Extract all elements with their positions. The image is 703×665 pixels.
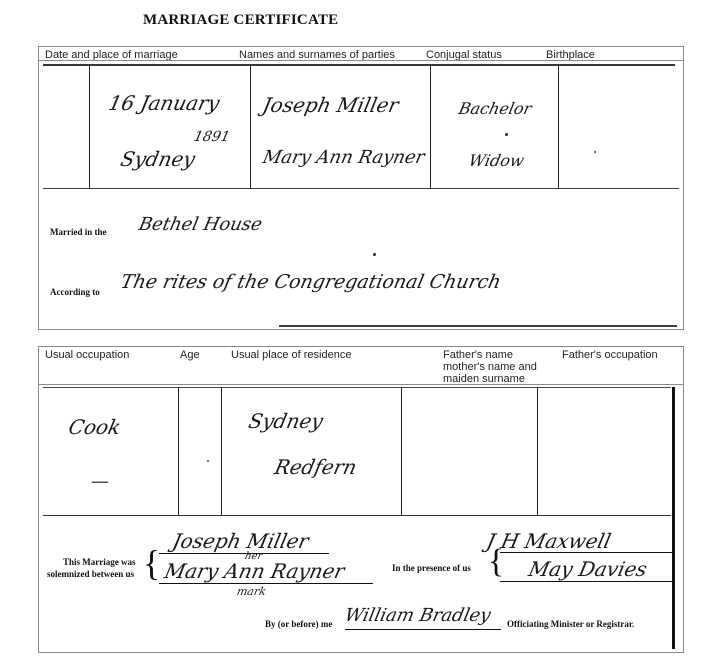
solemnized-brace: { [143,545,160,581]
marriage-place: Sydney [118,147,197,171]
parties-details-panel: Usual occupation Age Usual place of resi… [38,346,684,653]
witness-2-signature: May Davies [526,557,649,581]
header-usual-occupation: Usual occupation [45,349,129,361]
header-fathers-name-line2: mother's name and [443,361,537,373]
header-fathers-name: Father's name mother's name and maiden s… [443,349,537,385]
witness-2-line [500,581,672,582]
bride-name: Mary Ann Rayner [261,147,427,168]
by-before-label: By (or before) me [265,619,332,629]
marriage-date: 16 January [106,91,221,115]
groom-signature-line [159,553,329,554]
ink-speck [373,253,376,256]
ink-speck [594,151,596,153]
register-top-rule [43,387,671,388]
occupation-bride: — [89,471,111,492]
married-in-label: Married in the [50,227,107,237]
according-to-value: The rites of the Congregational Church [119,271,503,293]
occupation-groom: Cook [66,415,123,439]
register-col-line-3 [430,65,431,189]
register-col-line-4 [558,65,559,189]
witness-1-signature: J H Maxwell [484,529,613,553]
groom-name: Joseph Miller [260,93,400,117]
header-fathers-occupation: Father's occupation [562,349,658,361]
register-col-line-2 [250,65,251,189]
minister-signature: William Bradley [343,605,493,626]
register-col-line-1 [89,65,90,189]
register-top-rule [43,64,675,66]
bride-signature-line [159,583,373,584]
bride-conjugal-status: Widow [467,151,526,170]
register-col-line-4 [537,387,538,515]
register-col-line-3 [401,387,402,515]
groom-conjugal-status: Bachelor [457,99,533,118]
ink-speck [505,133,508,136]
header-divider [39,384,683,385]
bride-mark-below: mark [236,585,268,598]
header-residence: Usual place of residence [231,349,351,361]
residence-line-2: Redfern [272,455,358,479]
officiating-label: Officiating Minister or Registrar. [507,619,634,629]
header-fathers-name-line1: Father's name [443,349,537,361]
register-col-line-1 [178,387,179,515]
according-to-label: According to [50,287,100,297]
minister-signature-line [345,629,501,630]
register-right-edge [672,387,675,649]
presence-label: In the presence of us [392,563,471,573]
register-mid-rule [43,515,671,516]
married-in-value: Bethel House [137,214,264,235]
solemnized-label-line2: solemnized between us [47,569,134,579]
bride-signature: Mary Ann Rayner [162,559,346,583]
register-bottom-rule [279,325,677,327]
marriage-details-panel: Date and place of marriage Names and sur… [38,46,684,330]
document-title: MARRIAGE CERTIFICATE [143,12,338,29]
ink-speck [207,460,209,462]
groom-signature: Joseph Miller [170,529,310,553]
header-age: Age [180,349,200,361]
header-divider [39,60,683,61]
solemnized-label-line1: This Marriage was [63,557,136,567]
register-col-line-2 [221,387,222,515]
witness-1-line [500,552,672,553]
register-mid-rule [43,188,679,189]
marriage-year: 1891 [192,129,231,145]
residence-line-1: Sydney [246,409,325,433]
